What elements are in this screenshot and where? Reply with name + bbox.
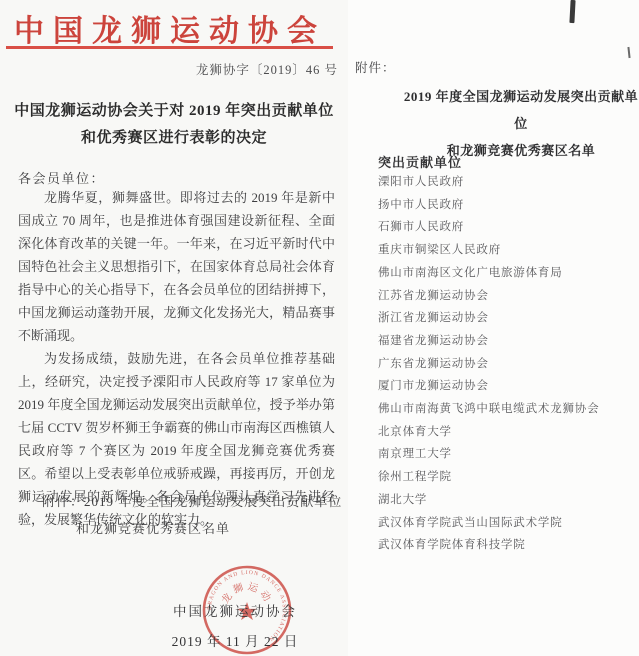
- signing-date: 2019 年 11 月 22 日: [115, 630, 355, 650]
- unit-list-item: 佛山市南海区文化广电旅游体育局: [378, 262, 635, 285]
- attachment-reference-line1: 附件：2019 年度全国龙狮运动发展突出贡献单位: [42, 488, 342, 515]
- signature-block: 中国龙狮运动协会 2019 年 11 月 22 日: [115, 600, 355, 650]
- unit-list-item: 佛山市南海黄飞鸿中联电缆武术龙狮协会: [378, 398, 635, 421]
- salutation: 各会员单位：: [18, 168, 105, 187]
- section-heading-contribution-units: 突出贡献单位: [378, 152, 462, 171]
- unit-list-item: 重庆市铜梁区人民政府: [378, 239, 635, 262]
- decision-document-page: 中国龙狮运动协会 龙狮协字〔2019〕46 号 中国龙狮运动协会关于对 2019…: [0, 0, 348, 656]
- masthead-rule: [6, 46, 333, 49]
- unit-list-item: 福建省龙狮运动协会: [378, 330, 635, 353]
- attachment-page-title-line1: 2019 年度全国龙狮运动发展突出贡献单位: [403, 83, 639, 137]
- unit-list-item: 厦门市龙狮运动协会: [378, 375, 635, 398]
- signing-organization: 中国龙狮运动协会: [115, 600, 355, 620]
- attachment-label: 附件：: [42, 494, 84, 509]
- body-paragraph-1: 龙腾华夏，狮舞盛世。即将过去的 2019 年是新中国成立 70 周年，也是推进体…: [18, 186, 335, 347]
- document-number: 龙狮协字〔2019〕46 号: [196, 60, 338, 78]
- contribution-units-list: 溧阳市人民政府扬中市人民政府石狮市人民政府重庆市铜梁区人民政府佛山市南海区文化广…: [378, 171, 635, 557]
- unit-list-item: 扬中市人民政府: [378, 194, 635, 217]
- unit-list-item: 北京体育大学: [378, 421, 635, 444]
- unit-list-item: 石狮市人民政府: [378, 216, 635, 239]
- unit-list-item: 溧阳市人民政府: [378, 171, 635, 194]
- unit-list-item: 南京理工大学: [378, 443, 635, 466]
- unit-list-item: 徐州工程学院: [378, 466, 635, 489]
- scanned-official-document: 中国龙狮运动协会 龙狮协字〔2019〕46 号 中国龙狮运动协会关于对 2019…: [0, 0, 639, 656]
- unit-list-item: 浙江省龙狮运动协会: [378, 307, 635, 330]
- unit-list-item: 武汉体育学院武当山国际武术学院: [378, 512, 635, 535]
- unit-list-item: 湖北大学: [378, 489, 635, 512]
- attachment-title-part2: 和龙狮竞赛优秀赛区名单: [76, 515, 342, 542]
- unit-list-item: 江苏省龙狮运动协会: [378, 285, 635, 308]
- decision-title: 中国龙狮运动协会关于对 2019 年突出贡献单位 和优秀赛区进行表彰的决定: [0, 98, 348, 152]
- unit-list-item: 广东省龙狮运动协会: [378, 353, 635, 376]
- document-body: 龙腾华夏，狮舞盛世。即将过去的 2019 年是新中国成立 70 周年，也是推进体…: [18, 186, 335, 531]
- association-masthead: 中国龙狮运动协会: [0, 6, 340, 50]
- attachment-page-label: 附件：: [355, 58, 396, 76]
- attachment-reference: 附件：2019 年度全国龙狮运动发展突出贡献单位 和龙狮竞赛优秀赛区名单: [42, 488, 342, 542]
- unit-list-item: 武汉体育学院体育科技学院: [378, 534, 635, 557]
- decision-title-line2: 和优秀赛区进行表彰的决定: [0, 125, 348, 152]
- decision-title-line1: 中国龙狮运动协会关于对 2019 年突出贡献单位: [0, 98, 348, 125]
- attachment-title-part1: 2019 年度全国龙狮运动发展突出贡献单位: [84, 494, 342, 509]
- attachment-page: 附件： 2019 年度全国龙狮运动发展突出贡献单位 和龙狮竞赛优秀赛区名单 突出…: [348, 0, 639, 656]
